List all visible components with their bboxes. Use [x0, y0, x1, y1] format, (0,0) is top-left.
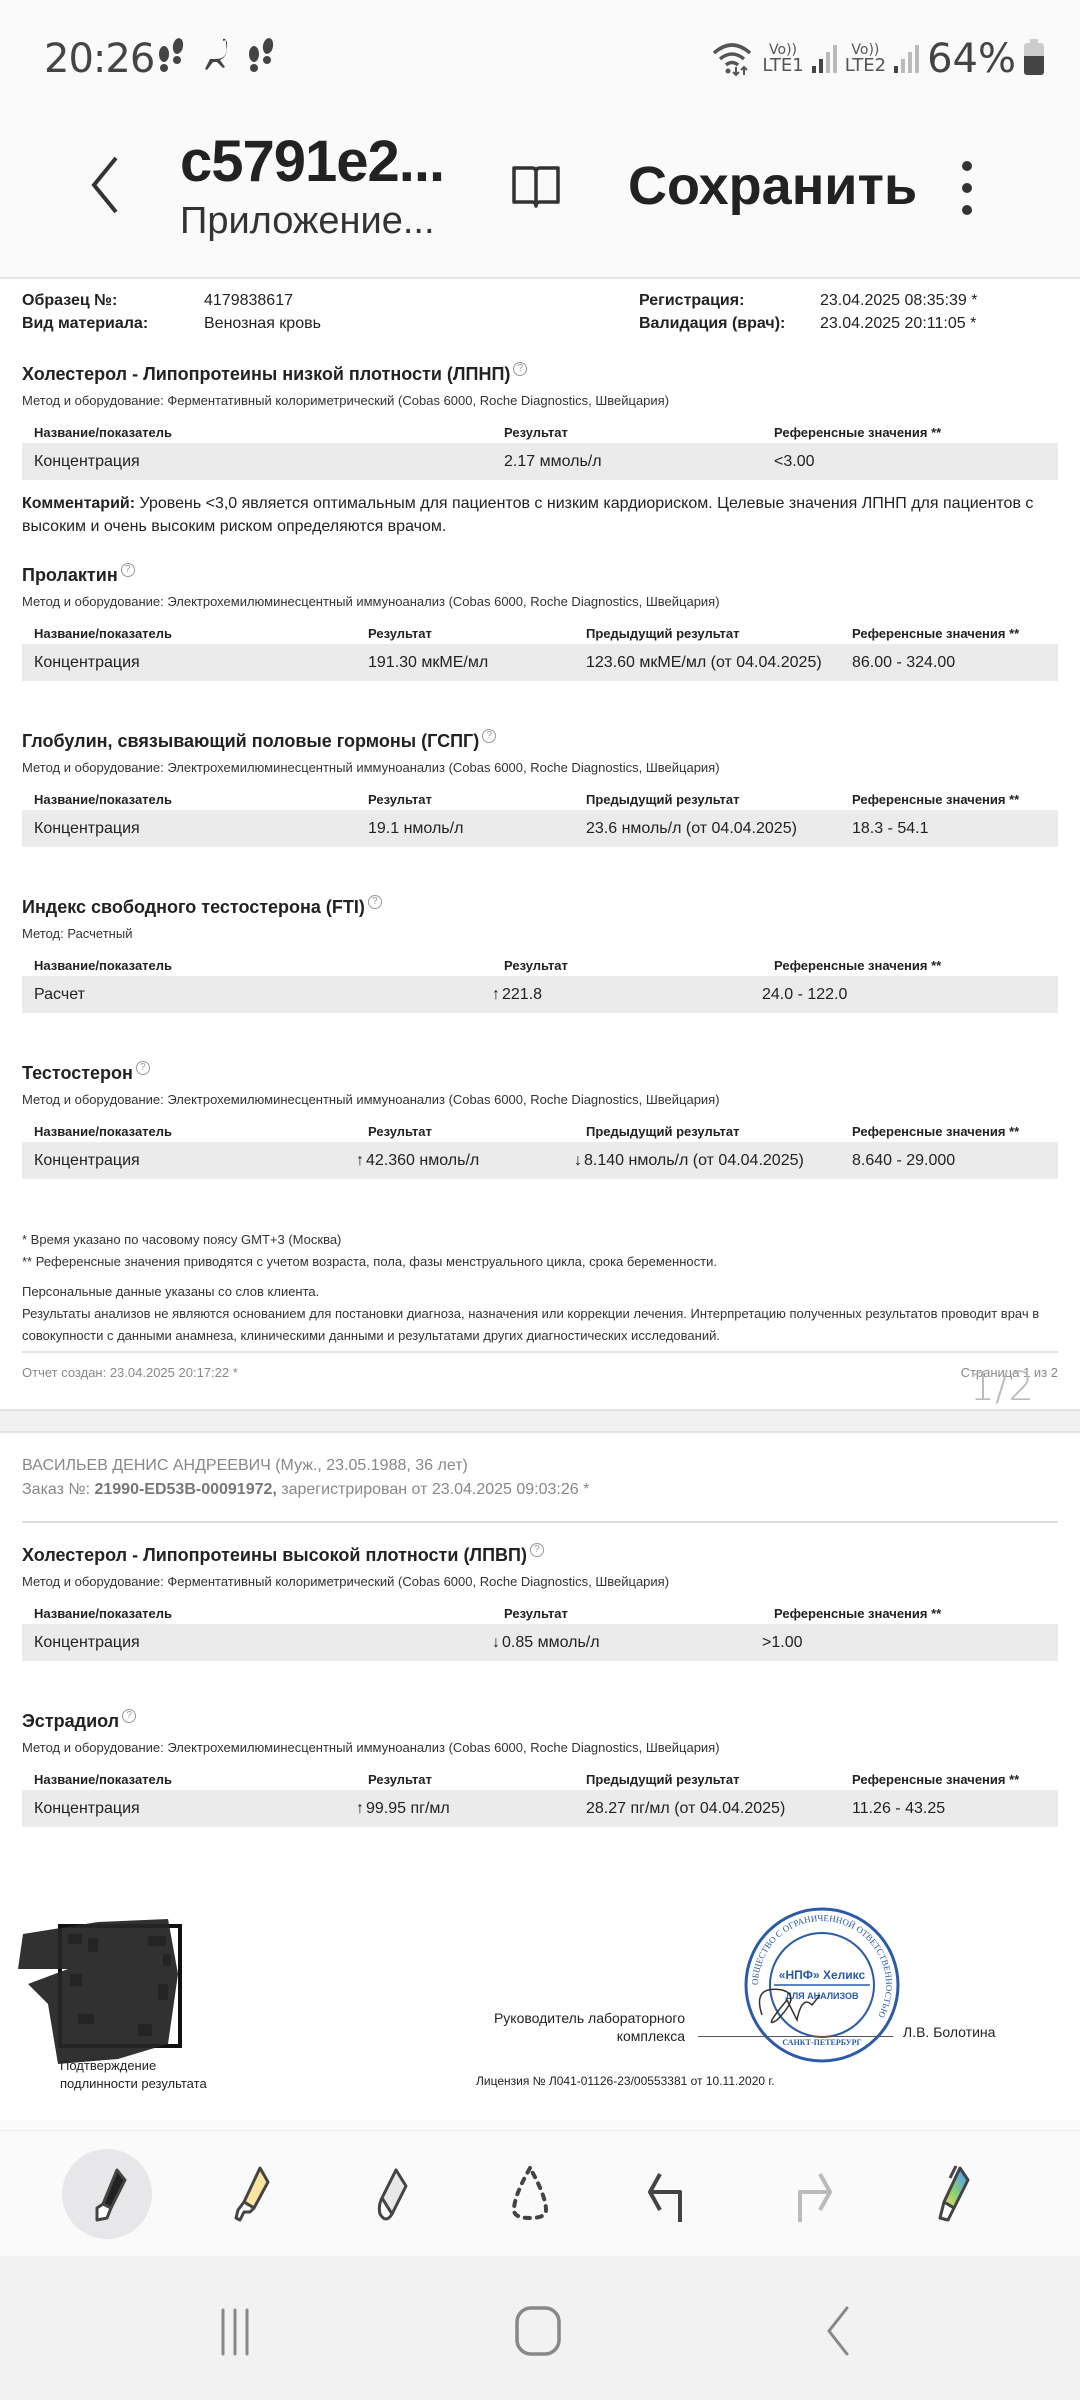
- battery-percent: 64%: [927, 36, 1016, 82]
- document-page[interactable]: Образец №: 4179838617 Регистрация: 23.04…: [0, 277, 1080, 2120]
- help-icon[interactable]: ?: [136, 1061, 150, 1075]
- lasso-select-icon: [500, 2162, 560, 2226]
- help-icon[interactable]: ?: [482, 729, 496, 743]
- svg-text:ДЛЯ АНАЛИЗОВ: ДЛЯ АНАЛИЗОВ: [785, 1991, 859, 2001]
- svg-text:«НПФ» Хеликс: «НПФ» Хеликс: [779, 1968, 866, 1982]
- app-bar: c5791e2... Приложение... Сохранить: [0, 120, 1080, 275]
- table-row: Концентрация2.17 ммоль/л<3.00: [22, 443, 1058, 480]
- license: Лицензия № Л041-01126-23/00553381 от 10.…: [476, 2074, 775, 2088]
- test-testosterone: Тестостерон? Метод и оборудование: Элект…: [22, 1060, 1058, 1179]
- more-options-button[interactable]: [955, 155, 979, 215]
- test-fti: Индекс свободного тестостерона (FTI)? Ме…: [22, 894, 1058, 1013]
- arrow-down-icon: ↓: [492, 1634, 500, 1651]
- test-hdl: Холестерол - Липопротеины высокой плотно…: [22, 1542, 1058, 1661]
- pen-tool-button[interactable]: [62, 2149, 152, 2239]
- sim1-indicator: Vo)) LTE1: [762, 43, 803, 75]
- home-icon: [513, 2306, 563, 2356]
- test-estradiol: Эстрадиол? Метод и оборудование: Электро…: [22, 1708, 1058, 1827]
- signatory-role: Руководитель лабораторного комплекса: [440, 2009, 685, 2045]
- table-row: Концентрация19.1 нмоль/л23.6 нмоль/л (от…: [22, 810, 1058, 847]
- annotation-toolbar: [0, 2130, 1080, 2256]
- qr-label: Подтверждение подлинности результата: [60, 2057, 207, 2093]
- sim2-indicator: Vo)) LTE2: [845, 43, 886, 75]
- help-icon[interactable]: ?: [368, 895, 382, 909]
- lab-stamp: ОБЩЕСТВО С ОГРАНИЧЕННОЙ ОТВЕТСТВЕННОСТЬЮ…: [742, 1905, 902, 2065]
- system-nav-bar: [0, 2256, 1080, 2400]
- table-row: Расчет↑221.824.0 - 122.0: [22, 976, 1058, 1013]
- color-pen-button[interactable]: [905, 2149, 995, 2239]
- page-break: [0, 1409, 1080, 1433]
- battery-icon: [1024, 43, 1044, 75]
- table-row: Концентрация↑42.360 нмоль/л↓8.140 нмоль/…: [22, 1142, 1058, 1179]
- home-button[interactable]: [498, 2296, 578, 2366]
- table-row: Концентрация↑99.95 пг/мл28.27 пг/мл (от …: [22, 1790, 1058, 1827]
- registration-date: 23.04.2025 08:35:39 *: [820, 292, 977, 310]
- notification-icons: [155, 36, 279, 74]
- order-number: 21990-ED53B-00091972,: [94, 1481, 276, 1498]
- lasso-tool-button[interactable]: [485, 2149, 575, 2239]
- document-subtitle: Приложение...: [180, 200, 435, 243]
- footsteps-icon: [245, 36, 279, 74]
- redo-icon: [780, 2162, 840, 2226]
- eraser-tool-button[interactable]: [345, 2149, 435, 2239]
- recent-apps-icon: [210, 2306, 260, 2356]
- table-row: Концентрация↓0.85 ммоль/л>1.00: [22, 1624, 1058, 1661]
- page-indicator: 1/2: [970, 1364, 1034, 1410]
- arrow-down-icon: ↓: [574, 1152, 582, 1169]
- qr-code-redacted: [18, 1914, 188, 2064]
- pen-icon: [77, 2162, 137, 2226]
- table-row: Концентрация191.30 мкМЕ/мл123.60 мкМЕ/мл…: [22, 644, 1058, 681]
- comment: Комментарий: Уровень <3,0 является оптим…: [22, 492, 1058, 538]
- test-shbg: Глобулин, связывающий половые гормоны (Г…: [22, 728, 1058, 847]
- help-icon[interactable]: ?: [530, 1543, 544, 1557]
- report-created: Отчет создан: 23.04.2025 20:17:22 *: [22, 1365, 238, 1380]
- back-nav-button[interactable]: [800, 2296, 880, 2366]
- validation-date: 23.04.2025 20:11:05 *: [820, 315, 976, 333]
- status-time: 20:26: [44, 36, 154, 82]
- signatory-name: Л.В. Болотина: [903, 2024, 995, 2040]
- patient-name: ВАСИЛЬЕВ ДЕНИС АНДРЕЕВИЧ (Муж., 23.05.19…: [22, 1454, 1058, 1478]
- signal-bars-sim1: [812, 45, 837, 73]
- reading-mode-button[interactable]: [508, 160, 564, 216]
- sample-meta: Образец №: 4179838617 Регистрация: 23.04…: [22, 289, 1058, 335]
- ostrich-icon: [201, 37, 233, 73]
- book-icon: [508, 160, 564, 216]
- highlighter-tool-button[interactable]: [205, 2149, 295, 2239]
- test-ldl: Холестерол - Липопротеины низкой плотнос…: [22, 361, 1058, 538]
- signature-line: [698, 2036, 893, 2037]
- report-footer: Отчет создан: 23.04.2025 20:17:22 * Стра…: [22, 1351, 1058, 1401]
- sample-number: 4179838617: [204, 292, 639, 310]
- undo-button[interactable]: [625, 2149, 715, 2239]
- status-bar: 20:26 Vo)) LTE1 Vo)) LTE2 64%: [0, 0, 1080, 120]
- highlighter-icon: [220, 2162, 280, 2226]
- help-icon[interactable]: ?: [122, 1709, 136, 1723]
- signal-bars-sim2: [894, 45, 919, 73]
- eraser-icon: [360, 2162, 420, 2226]
- help-icon[interactable]: ?: [513, 362, 527, 376]
- material-type: Венозная кровь: [204, 315, 639, 333]
- status-indicators: Vo)) LTE1 Vo)) LTE2 64%: [710, 36, 1044, 82]
- back-button[interactable]: [80, 150, 130, 220]
- wifi-icon: [710, 39, 754, 79]
- recent-apps-button[interactable]: [195, 2296, 275, 2366]
- arrow-up-icon: ↑: [492, 986, 500, 1003]
- arrow-up-icon: ↑: [356, 1800, 364, 1817]
- undo-icon: [640, 2162, 700, 2226]
- back-icon: [815, 2306, 865, 2356]
- redo-button[interactable]: [765, 2149, 855, 2239]
- help-icon[interactable]: ?: [121, 563, 135, 577]
- color-pen-icon: [920, 2162, 980, 2226]
- footsteps-icon: [155, 36, 189, 74]
- test-prolactin: Пролактин? Метод и оборудование: Электро…: [22, 562, 1058, 681]
- divider: [22, 1521, 1058, 1523]
- footnotes: * Время указано по часовому поясу GMT+3 …: [22, 1229, 1058, 1347]
- save-button[interactable]: Сохранить: [628, 155, 917, 217]
- svg-text:САНКТ-ПЕТЕРБУРГ: САНКТ-ПЕТЕРБУРГ: [782, 2038, 861, 2047]
- document-title: c5791e2...: [180, 128, 444, 195]
- arrow-up-icon: ↑: [356, 1152, 364, 1169]
- chevron-left-icon: [80, 150, 130, 220]
- patient-info: ВАСИЛЬЕВ ДЕНИС АНДРЕЕВИЧ (Муж., 23.05.19…: [22, 1454, 1058, 1502]
